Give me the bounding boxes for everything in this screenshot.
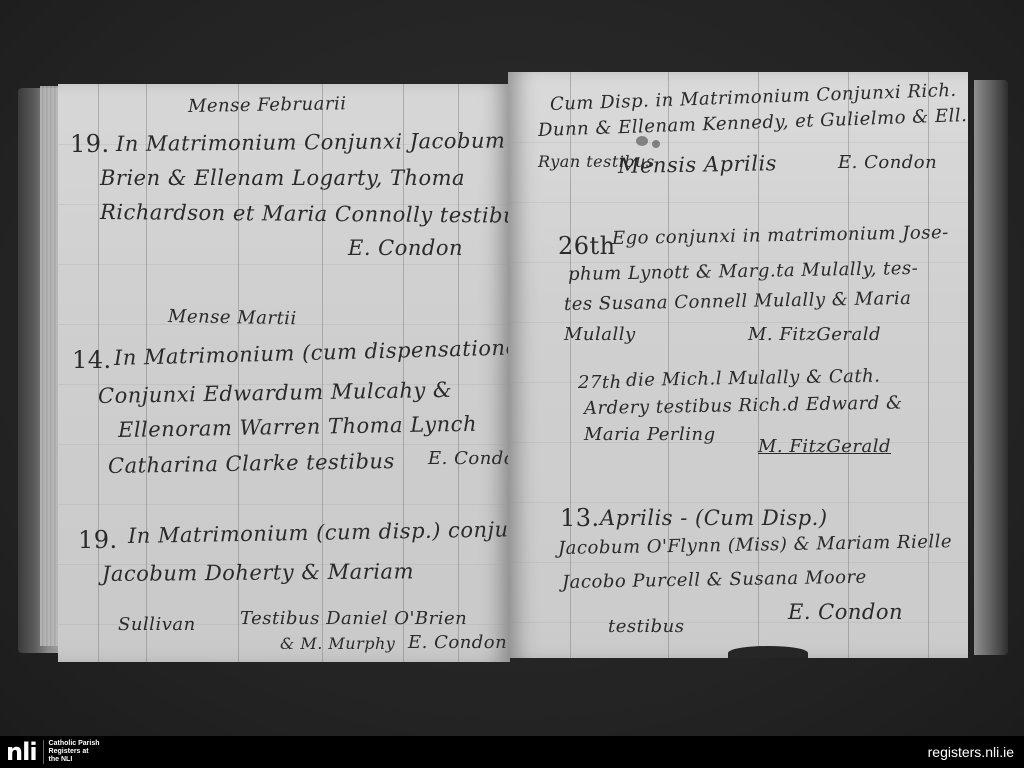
entry-text: Ellenoram Warren Thoma Lynch [118,412,477,442]
entry-text: Jacobo Purcell & Susana Moore [562,567,867,593]
entry-text: Maria Perling [584,424,716,445]
entry-text: die Mich.l Mulally & Cath. [626,366,881,391]
entry-text: testibus [608,616,684,637]
entry-text: Jacobum O'Flynn (Miss) & Mariam Rielle [558,531,952,559]
entry-text: Conjunxi Edwardum Mulcahy & [98,378,453,408]
register-book-scan: Mense Februarii 19. In Matrimonium Conju… [18,66,1008,666]
entry-text: Catharina Clarke testibus [108,449,395,478]
entry-text: Mulally [564,324,636,345]
nli-logo: nli [6,740,37,764]
left-page: Mense Februarii 19. In Matrimonium Conju… [58,84,510,662]
brand-text: Catholic Parish Registers at the NLI [43,740,100,764]
entry-text: In Matrimonium (cum disp.) conjunxi [128,517,510,548]
entry-number: 13. [560,504,600,532]
right-page: Cum Disp. in Matrimonium Conjunxi Rich. … [508,72,968,658]
signature: E. Condon [838,152,937,173]
signature: M. FitzGerald [758,436,891,457]
month-heading: Mense Februarii [188,93,347,117]
entry-text: tes Susana Connell Mulally & Maria [564,288,912,315]
signature: E. Condon [788,600,903,624]
witnesses: Testibus Daniel O'Brien [240,608,467,629]
signature: E. Condon [428,448,510,469]
entry-number: 19. [70,130,110,158]
image-viewer[interactable]: Mense Februarii 19. In Matrimonium Conju… [0,0,1024,736]
entry-text: In Matrimonium (cum dispensatione) [114,335,510,370]
entry-text: Ardery testibus Rich.d Edward & [584,392,903,419]
entry-text: In Matrimonium Conjunxi Jacobum [116,129,506,156]
footer-bar: nli Catholic Parish Registers at the NLI… [0,736,1024,768]
entry-text: Richardson et Maria Connolly testibus [100,200,510,228]
entry-number: 19. [78,526,118,554]
entry-number: 27th [578,372,622,393]
entry-number: 14. [72,346,112,374]
nli-brand[interactable]: nli Catholic Parish Registers at the NLI [6,740,100,764]
signature: M. FitzGerald [748,324,881,345]
month-heading: Mensis Aprilis [618,151,777,178]
site-url-link[interactable]: registers.nli.ie [928,744,1014,760]
entry-text: Aprilis - (Cum Disp.) [600,506,828,530]
signature: E. Condon [348,236,463,260]
entry-number: 26th [558,232,616,260]
signature: E. Condon [408,632,507,653]
entry-text: & M. Murphy [280,634,395,653]
entry-text: Brien & Ellenam Logarty, Thoma [100,166,465,190]
entry-text: Jacobum Doherty & Mariam [102,559,414,586]
entry-text: Ego conjunxi in matrimonium Jose- [612,222,949,249]
entry-text: Sullivan [118,614,196,635]
month-heading: Mense Martii [168,306,297,329]
book-cover-right [974,80,1008,655]
